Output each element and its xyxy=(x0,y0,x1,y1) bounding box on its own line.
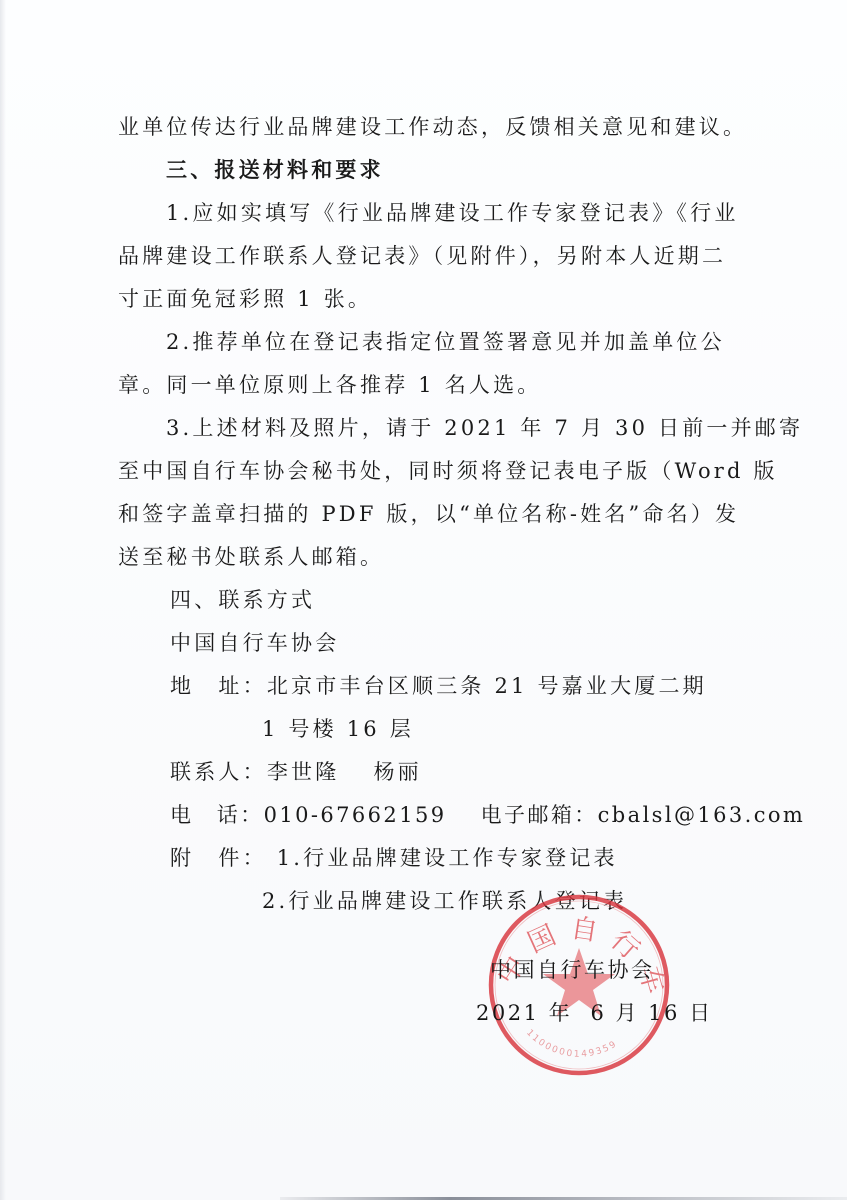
attachments-label: 附 件： xyxy=(170,846,267,870)
contacts-row: 联系人：李世隆 杨丽 xyxy=(170,757,422,787)
signature-organization: 中国自行车协会 xyxy=(490,955,655,985)
phone-number: 010-67662159 xyxy=(264,803,447,827)
seal-serial: 1100000149359 xyxy=(524,1028,619,1060)
signature-date: 2021 年 6 月 16 日 xyxy=(476,998,713,1028)
official-seal-stamp: 中国自行车协会 1100000149359 xyxy=(484,890,674,1080)
item-1-line-3: 寸正面免冠彩照 1 张。 xyxy=(118,284,372,314)
email-label: 电子邮箱： xyxy=(481,803,598,827)
section-3-heading: 三、报送材料和要求 xyxy=(166,155,384,185)
item-3-line-4: 送至秘书处联系人邮箱。 xyxy=(118,542,384,572)
address-line-1: 北京市丰台区顺三条 21 号嘉业大厦二期 xyxy=(267,674,707,698)
address-line-2: 1 号楼 16 层 xyxy=(262,714,414,744)
paragraph-continuation: 业单位传达行业品牌建设工作动态，反馈相关意见和建议。 xyxy=(118,112,747,142)
phone-email-row: 电 话：010-67662159 电子邮箱：cbalsl@163.com xyxy=(170,800,805,830)
scanned-page: 业单位传达行业品牌建设工作动态，反馈相关意见和建议。 三、报送材料和要求 1.应… xyxy=(0,0,847,1200)
phone-label: 电 话： xyxy=(170,803,264,827)
item-3-line-2: 至中国自行车协会秘书处，同时须将登记表电子版（Word 版 xyxy=(118,456,778,486)
svg-text:1100000149359: 1100000149359 xyxy=(524,1028,619,1060)
item-2-line-2: 章。同一单位原则上各推荐 1 名人选。 xyxy=(118,370,542,400)
section-4-heading: 四、联系方式 xyxy=(170,585,315,615)
item-1-line-2: 品牌建设工作联系人登记表》（见附件），另附本人近期二 xyxy=(118,241,726,271)
item-2-line-1: 2.推荐单位在登记表指定位置签署意见并加盖单位公 xyxy=(166,327,725,357)
contacts-names: 李世隆 杨丽 xyxy=(267,760,422,784)
attachments-row: 附 件： 1.行业品牌建设工作专家登记表 xyxy=(170,843,618,873)
organization-name: 中国自行车协会 xyxy=(170,628,339,658)
contacts-label: 联系人： xyxy=(170,760,267,784)
email-address[interactable]: cbalsl@163.com xyxy=(598,803,806,827)
address-row: 地 址：北京市丰台区顺三条 21 号嘉业大厦二期 xyxy=(170,671,707,701)
address-label: 地 址： xyxy=(170,674,267,698)
item-3-line-1: 3.上述材料及照片，请于 2021 年 7 月 30 日前一并邮寄 xyxy=(166,413,803,443)
item-1-line-1: 1.应如实填写《行业品牌建设工作专家登记表》《行业 xyxy=(166,198,739,228)
page-shadow-left xyxy=(0,0,6,1200)
attachment-1: 1.行业品牌建设工作专家登记表 xyxy=(277,846,618,870)
item-3-line-3: 和签字盖章扫描的 PDF 版，以“单位名称-姓名”命名）发 xyxy=(118,499,739,529)
